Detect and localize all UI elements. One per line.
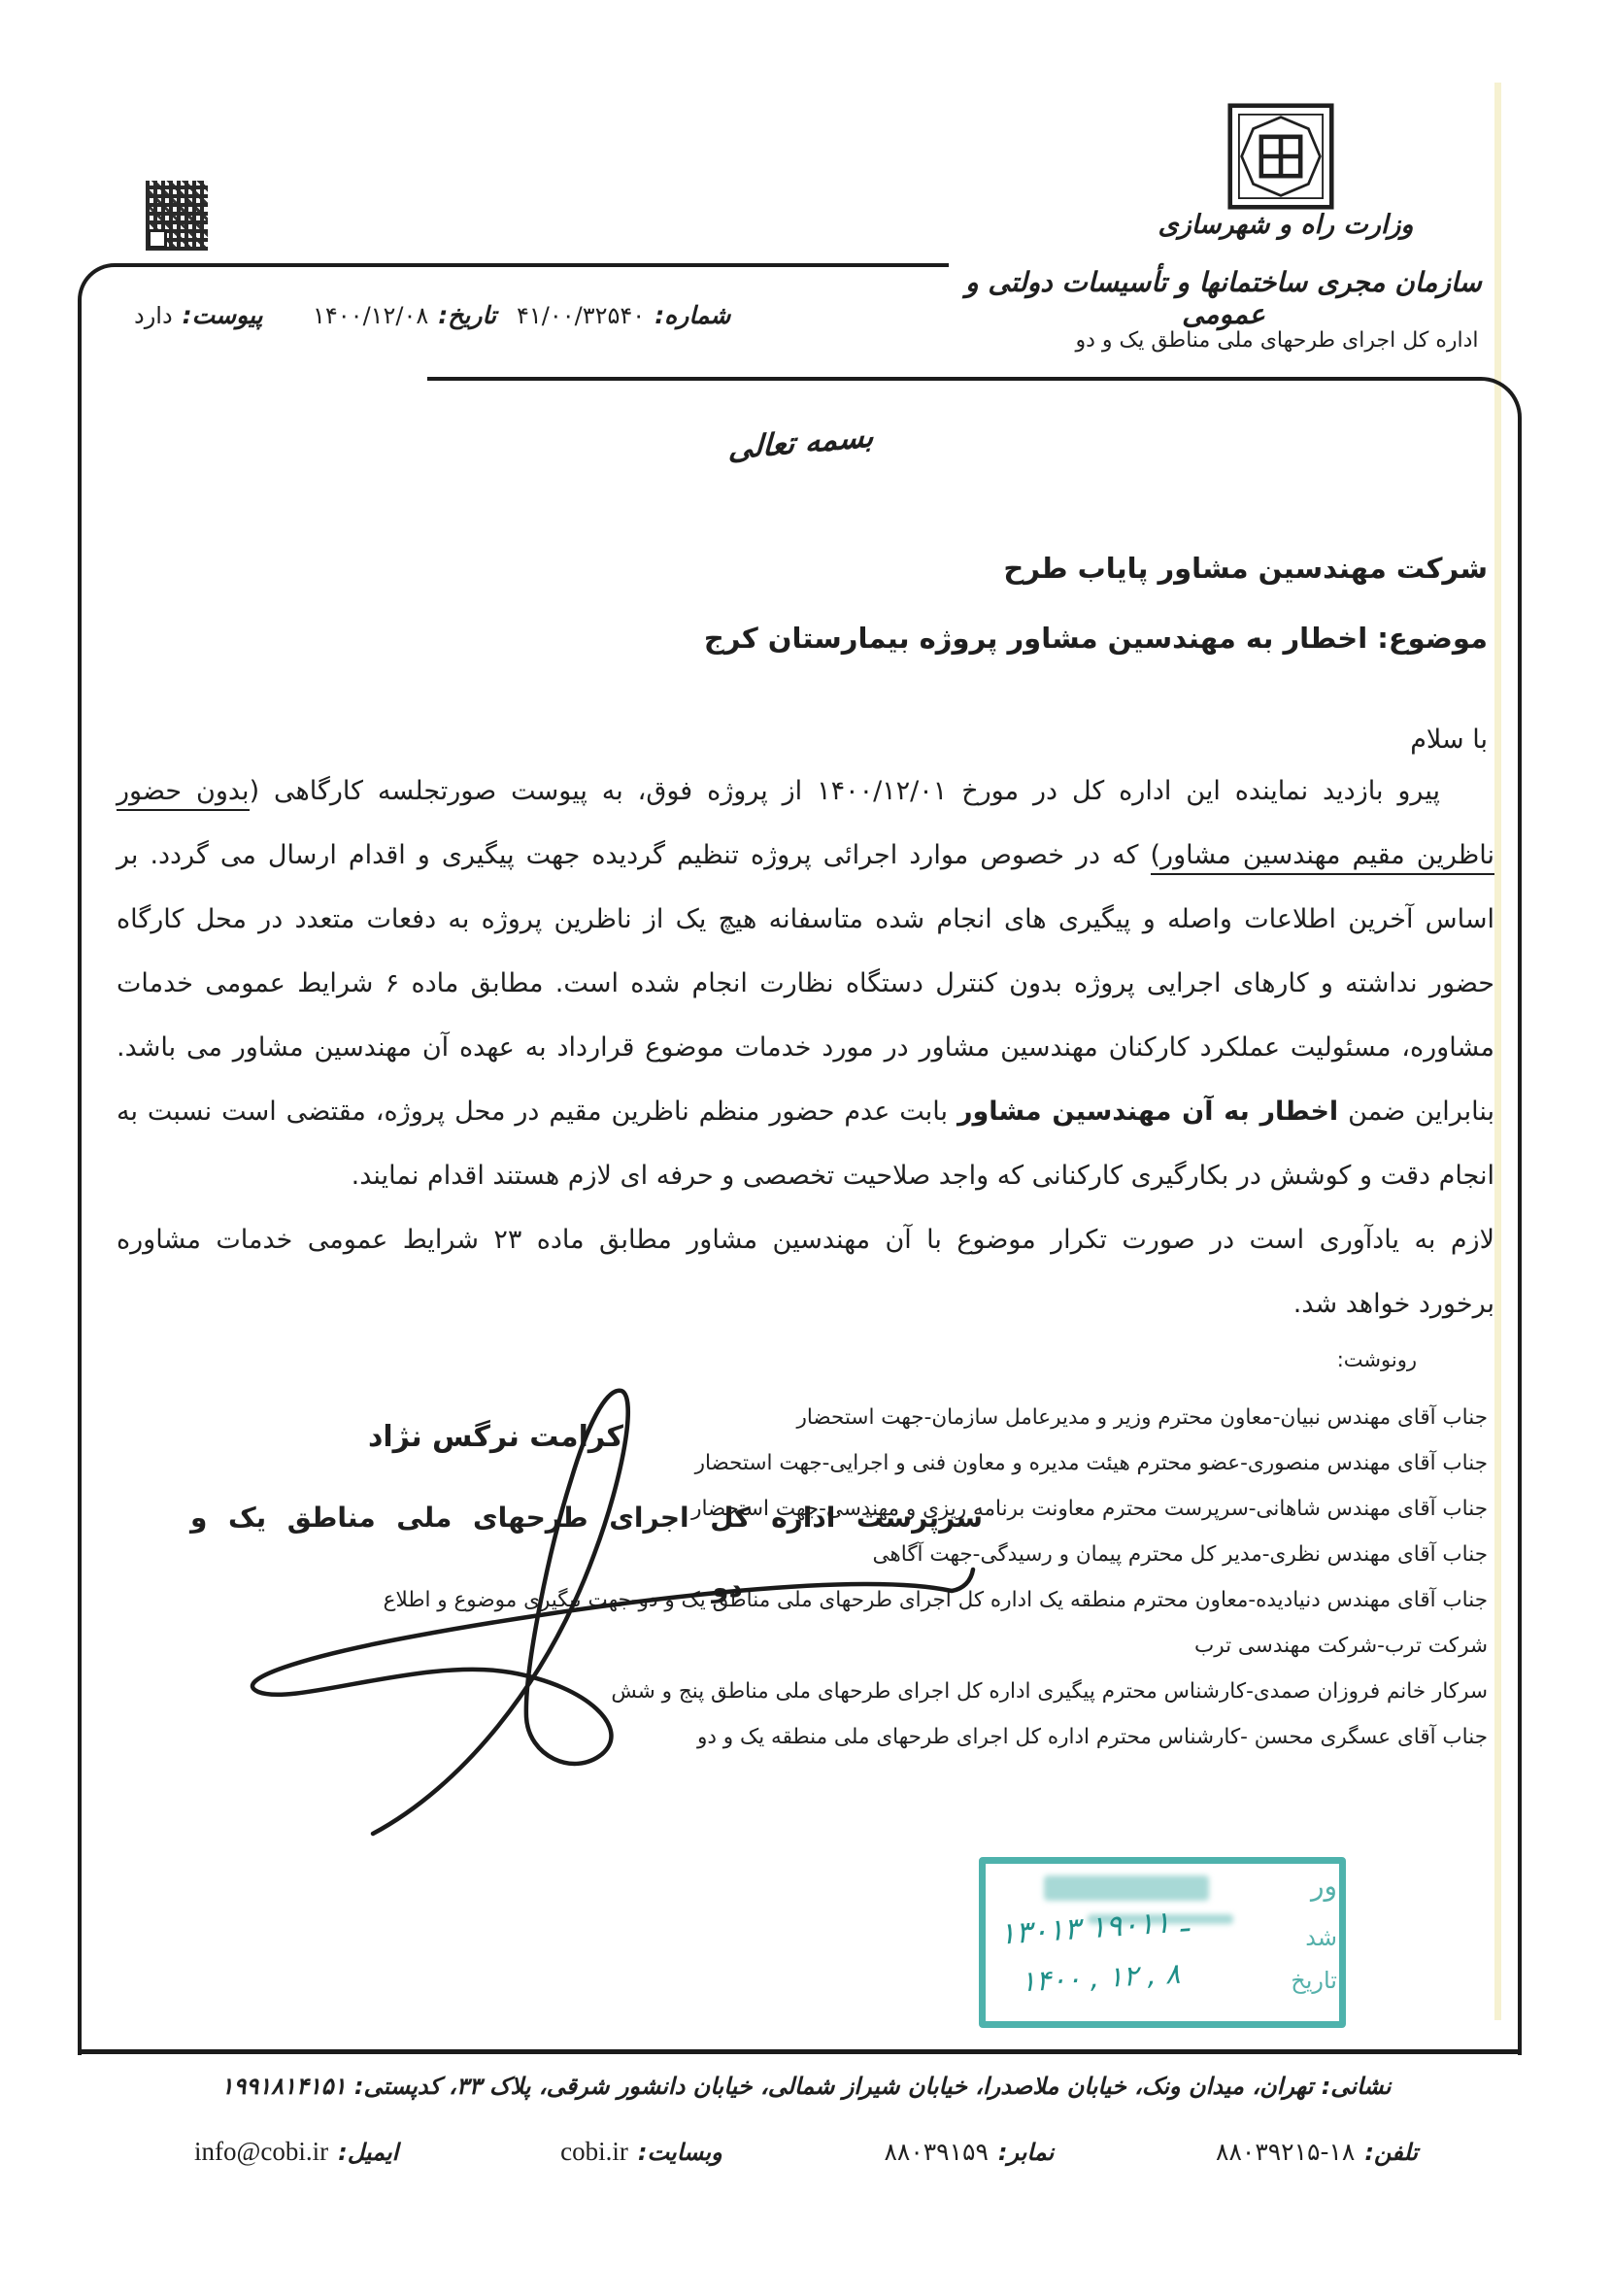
cc-item: جناب آقای مهندس دنیادیده-معاون محترم منط… [118,1585,1488,1631]
footer-contact: ایمیل:info@cobi.ir [194,2137,398,2167]
letter-number-value: ۴۱/۰۰/۳۲۵۴۰ [517,302,645,329]
subject-line: موضوع: اخطار به مهندسین مشاور پروژه بیما… [704,622,1488,655]
letter-page: وزارت راه و شهرسازی سازمان مجری ساختمانه… [0,0,1611,2296]
footer-contact-value: cobi.ir [560,2137,628,2166]
footer-contact: وبسایت:cobi.ir [560,2137,722,2167]
body-text: برخورد خواهد شد. [1293,1289,1494,1319]
footer-contact-label: ایمیل: [338,2139,398,2166]
letter-date-label: تاریخ: [438,301,496,329]
stamp-faint-text [1044,1875,1209,1901]
cc-item: جناب آقای مهندس منصوری-عضو محترم هیئت مد… [118,1448,1488,1494]
qr-eye-icon [148,229,167,249]
body-text: مشاوره، مسئولیت عملکرد کارکنان مهندسین م… [117,1032,1494,1063]
salutation: با سلام [1410,725,1488,755]
body-bold-text: اخطار به آن مهندسین مشاور [957,1097,1338,1127]
signer-title: سرپرست اداره کل اجرای طرحهای ملی مناطق ی… [190,1502,983,1534]
footer-address: نشانی: تهران، میدان ونک، خیابان ملاصدرا،… [194,2073,1418,2100]
cc-item: سرکار خانم فروزان صمدی-کارشناس محترم پیگ… [118,1676,1488,1722]
body-text: که در خصوص موارد اجرائی پروژه تنظیم گردی… [117,840,1151,870]
stamp-label-top: ور [1311,1870,1337,1902]
letter-number-label: شماره: [654,301,730,329]
footer-separator-line [80,2049,1518,2054]
footer-contact-value: ۱۸-۸۸۰۳۹۲۱۵ [1216,2138,1355,2166]
body-line: انجام دقت و کوشش در بکارگیری کارکنانی که… [117,1154,1494,1218]
body-line: برخورد خواهد شد. [117,1282,1494,1346]
body-line: لازم به یادآوری است در صورت تکرار موضوع … [117,1218,1494,1282]
organization-name: سازمان مجری ساختمانها و تأسیسات دولتی و … [932,266,1515,330]
body-text: حضور نداشته و کارهای اجرایی پروژه بدون ک… [117,968,1494,998]
body-line: اساس آخرین اطلاعات واصله و پیگیری های ان… [117,897,1494,962]
qr-code [146,181,208,251]
cc-list: جناب آقای مهندس نبیان-معاون محترم وزیر و… [118,1402,1488,1768]
footer-contact-label: تلفن: [1364,2139,1418,2166]
stamp-label-number: شد [1305,1924,1337,1951]
body-underlined-text: بدون حضور [117,776,250,811]
letter-date-field: تاریخ: ۱۴۰۰/۱۲/۰۸ [313,301,496,329]
body-text-block: پیرو بازدید نماینده این اداره کل در مورخ… [117,769,1494,1346]
department-name: اداره کل اجرای طرحهای ملی مناطق یک و دو [1049,328,1505,353]
body-line: مشاوره، مسئولیت عملکرد کارکنان مهندسین م… [117,1026,1494,1090]
footer-contacts: تلفن:۱۸-۸۸۰۳۹۲۱۵نمابر:۸۸۰۳۹۱۵۹وبسایت:cob… [194,2137,1418,2167]
body-line: ناظرین مقیم مهندسین مشاور) که در خصوص مو… [117,833,1494,897]
body-text: پیرو بازدید نماینده این اداره کل در مورخ… [250,776,1440,806]
stamp-handwritten-date: ۱۴۰۰ , ۱۲ , ۸ [1020,1957,1181,1999]
cc-label: رونوشت: [1337,1348,1417,1371]
footer-contact: نمابر:۸۸۰۳۹۱۵۹ [884,2138,1054,2166]
body-text: اساس آخرین اطلاعات واصله و پیگیری های ان… [117,904,1494,934]
body-line: بنابراین ضمن اخطار به آن مهندسین مشاور ب… [117,1090,1494,1154]
cc-item: جناب آقای عسگری محسن -کارشناس محترم ادار… [118,1722,1488,1768]
body-line: حضور نداشته و کارهای اجرایی پروژه بدون ک… [117,962,1494,1026]
footer-contact-label: وبسایت: [638,2139,722,2166]
body-text: بنابراین ضمن [1338,1097,1494,1127]
footer-contact-value: ۸۸۰۳۹۱۵۹ [884,2138,988,2166]
cc-item: شرکت ترب-شرکت مهندسی ترب [118,1631,1488,1676]
letter-number-field: شماره: ۴۱/۰۰/۳۲۵۴۰ [517,301,730,329]
footer-contact-value: info@cobi.ir [194,2137,328,2166]
body-line: پیرو بازدید نماینده این اداره کل در مورخ… [117,769,1494,833]
ministry-name: وزارت راه و شهرسازی [1072,210,1499,240]
attachment-label: پیوست: [183,301,263,329]
organization-emblem-icon [1227,103,1334,210]
body-text: انجام دقت و کوشش در بکارگیری کارکنانی که… [352,1161,1494,1191]
letter-date-value: ۱۴۰۰/۱۲/۰۸ [313,302,428,329]
cc-item: جناب آقای مهندس نظری-مدیر کل محترم پیمان… [118,1539,1488,1585]
footer-contact: تلفن:۱۸-۸۸۰۳۹۲۱۵ [1216,2138,1418,2166]
recipient-line: شرکت مهندسین مشاور پایاب طرح [1003,552,1488,585]
footer-contact-label: نمابر: [998,2139,1054,2166]
stamp-label-date: تاریخ [1291,1967,1337,1994]
cc-item: جناب آقای مهندس نبیان-معاون محترم وزیر و… [118,1402,1488,1448]
registration-stamp: ور شد تاریخ ۱۳۰۱۳ ـ ۱۹۰۱۱ ۱۴۰۰ , ۱۲ , ۸ [979,1857,1346,2028]
body-text: بابت عدم حضور منظم ناظرین مقیم در محل پر… [117,1097,957,1127]
body-text: لازم به یادآوری است در صورت تکرار موضوع … [117,1225,1494,1255]
signer-title-wrap: دو [693,1571,761,1604]
signer-name: کرامت نرگس نژاد [371,1420,623,1454]
attachment-value: دارد [134,302,173,329]
body-underlined-text: ناظرین مقیم مهندسین مشاور) [1151,840,1495,875]
stamp-handwritten-number: ۱۳۰۱۳ ـ ۱۹۰۱۱ [998,1904,1190,1952]
attachment-field: پیوست: دارد [134,301,263,329]
